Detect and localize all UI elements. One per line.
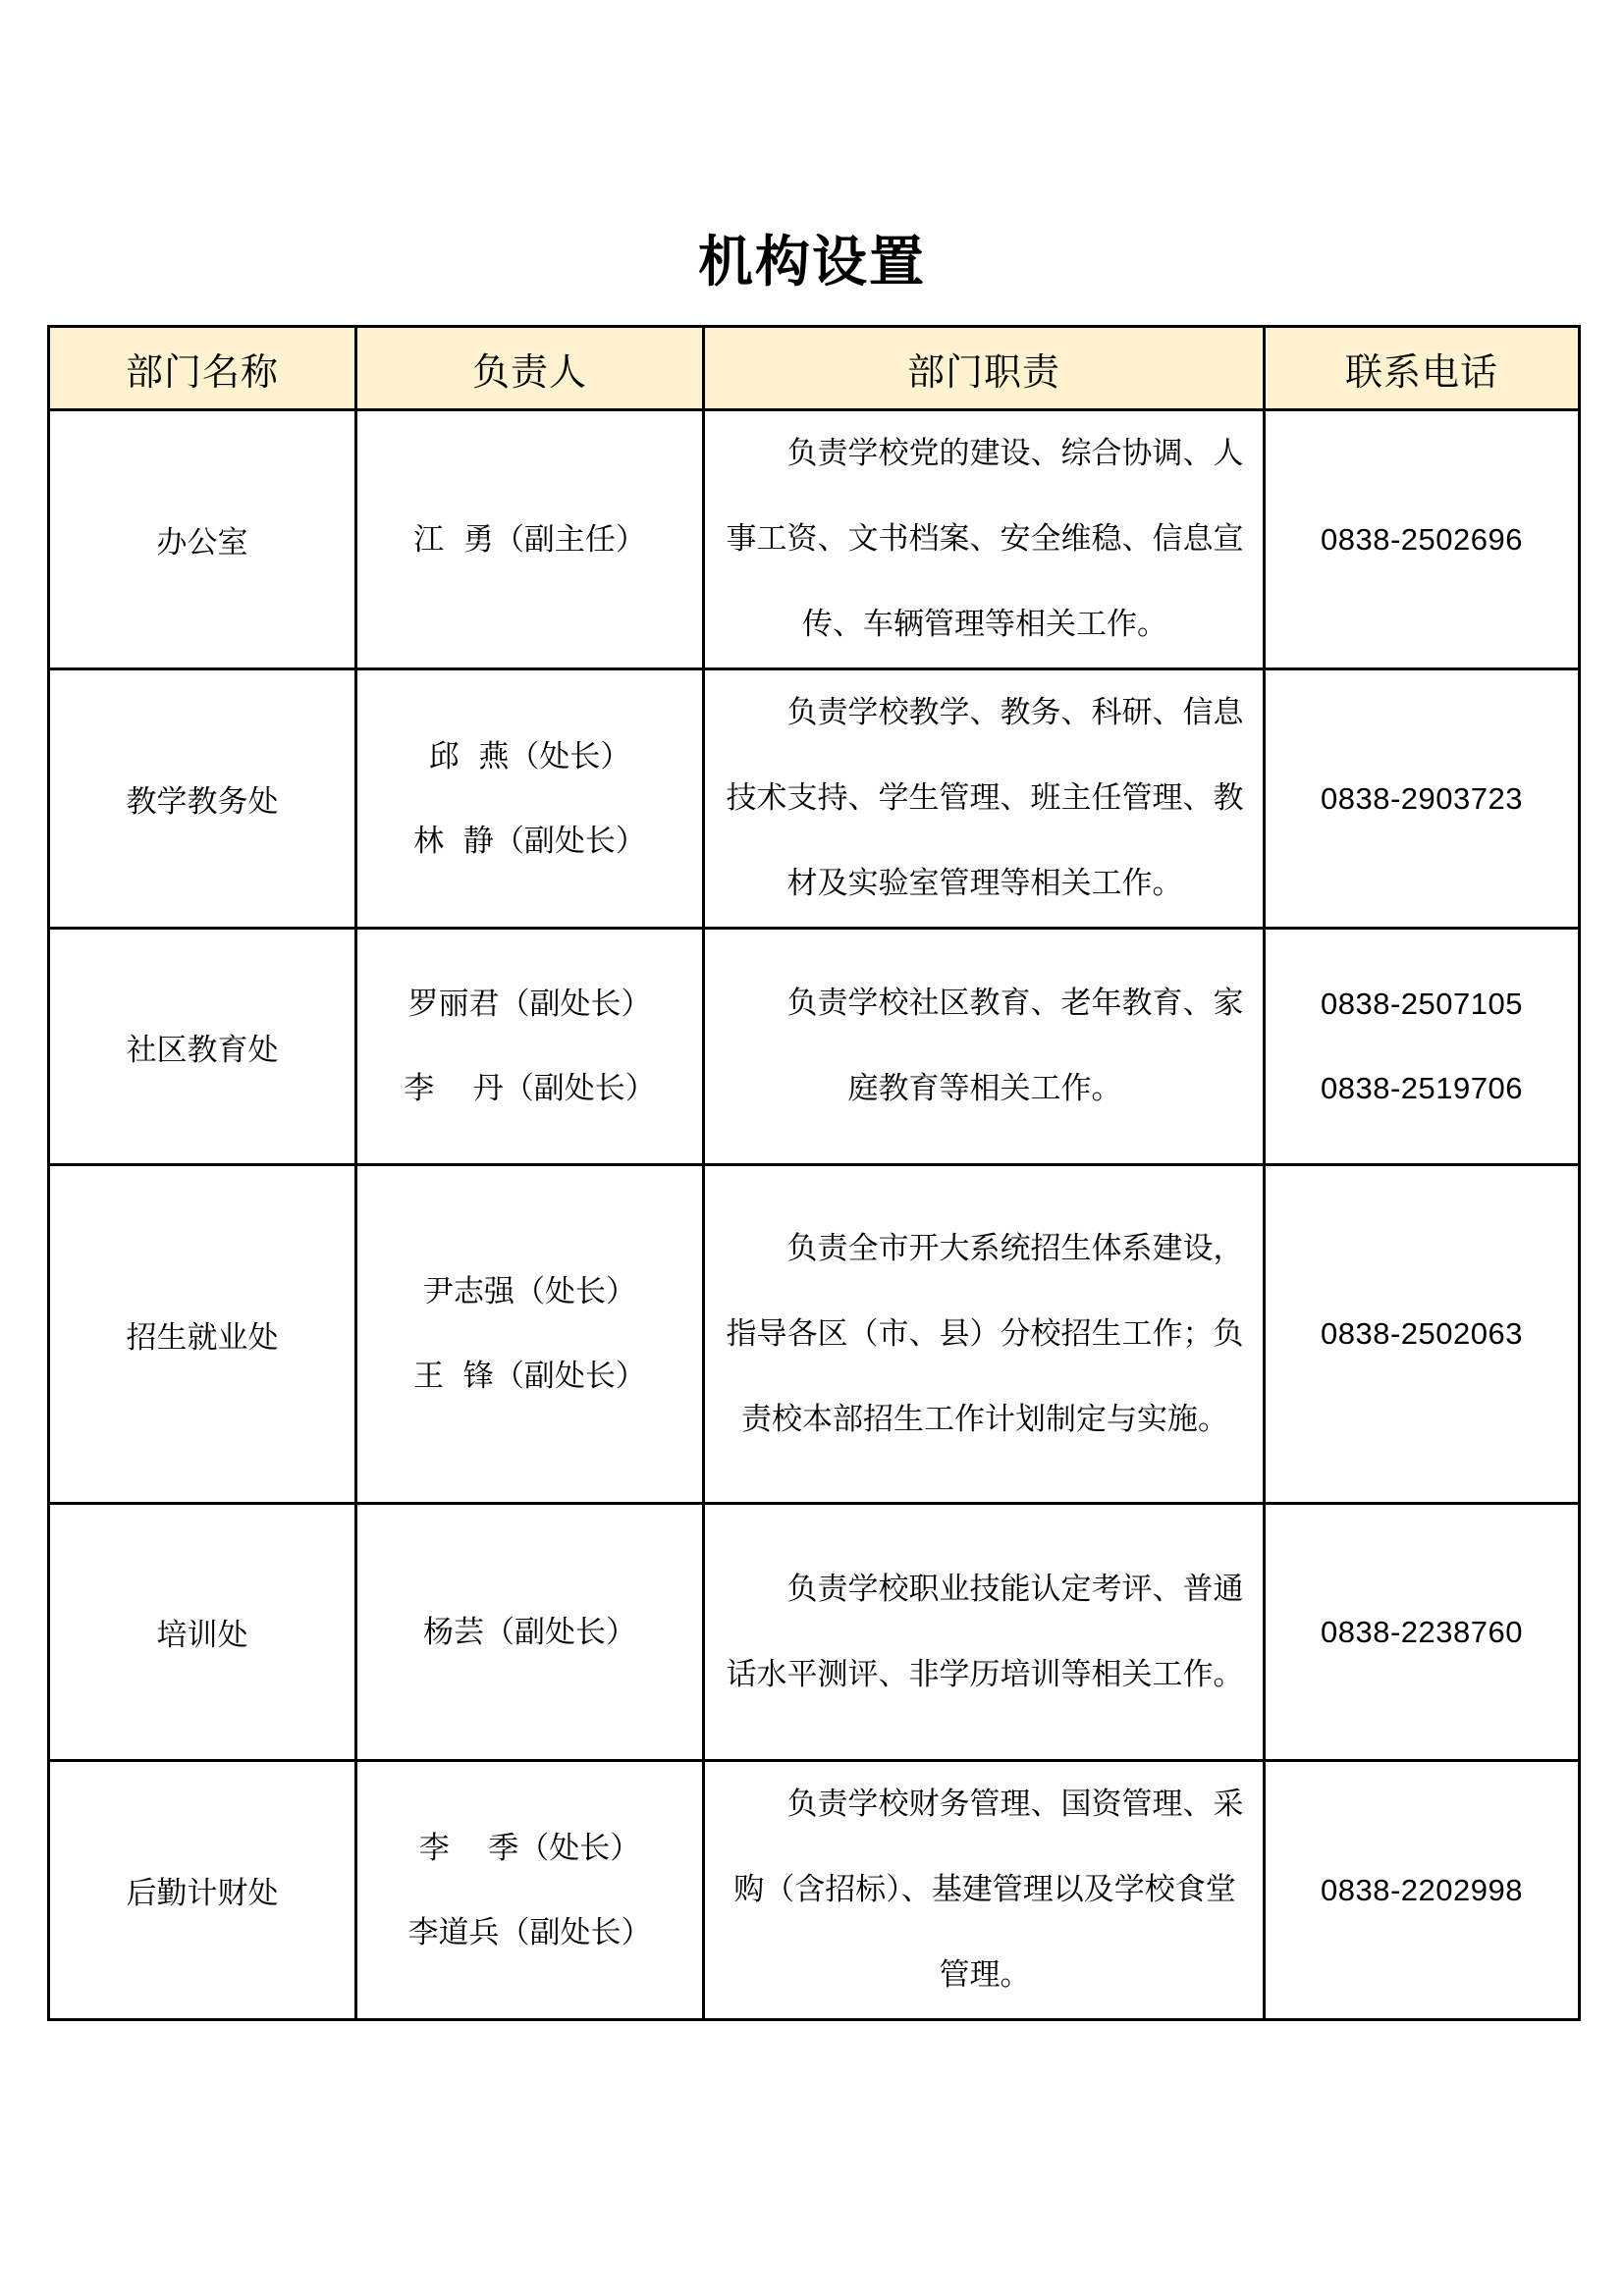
- department-cell: 招生就业处: [49, 1165, 356, 1504]
- department-cell: 办公室: [49, 410, 356, 669]
- department-cell: 后勤计财处: [49, 1761, 356, 2020]
- phone-cell: 0838-2238760: [1265, 1504, 1580, 1761]
- duty-text: 负责学校职业技能认定考评、普通话水平测评、非学历培训等相关工作。: [727, 1572, 1244, 1692]
- head-name: 王 锋（副处长）: [357, 1334, 702, 1418]
- table-row: 招生就业处 尹志强（处长） 王 锋（副处长） 负责全市开大系统招生体系建设，指导…: [49, 1165, 1580, 1504]
- duty-cell: 负责学校党的建设、综合协调、人事工资、文书档案、安全维稳、信息宣传、车辆管理等相…: [704, 410, 1265, 669]
- head-cell: 罗丽君（副处长） 李 丹（副处长）: [356, 929, 704, 1165]
- department-cell: 培训处: [49, 1504, 356, 1761]
- head-name: 李 丹（副处长）: [357, 1046, 702, 1131]
- header-department: 部门名称: [49, 327, 356, 410]
- table-row: 社区教育处 罗丽君（副处长） 李 丹（副处长） 负责学校社区教育、老年教育、家庭…: [49, 929, 1580, 1165]
- phone-number: 0838-2507105: [1266, 962, 1578, 1046]
- phone-number: 0838-2202998: [1266, 1848, 1578, 1933]
- head-name: 杨芸（副处长）: [357, 1590, 702, 1675]
- table-row: 办公室 江 勇（副主任） 负责学校党的建设、综合协调、人事工资、文书档案、安全维…: [49, 410, 1580, 669]
- phone-cell: 0838-2507105 0838-2519706: [1265, 929, 1580, 1165]
- phone-cell: 0838-2502696: [1265, 410, 1580, 669]
- head-name: 林 静（副处长）: [357, 799, 702, 883]
- duty-text: 负责学校教学、教务、科研、信息技术支持、学生管理、班主任管理、教材及实验室管理等…: [727, 695, 1244, 901]
- head-cell: 杨芸（副处长）: [356, 1504, 704, 1761]
- department-cell: 社区教育处: [49, 929, 356, 1165]
- header-duty: 部门职责: [704, 327, 1265, 410]
- duty-cell: 负责学校职业技能认定考评、普通话水平测评、非学历培训等相关工作。: [704, 1504, 1265, 1761]
- head-name: 罗丽君（副处长）: [357, 962, 702, 1046]
- header-head: 负责人: [356, 327, 704, 410]
- duty-cell: 负责学校教学、教务、科研、信息技术支持、学生管理、班主任管理、教材及实验室管理等…: [704, 669, 1265, 929]
- table-row: 教学教务处 邱 燕（处长） 林 静（副处长） 负责学校教学、教务、科研、信息技术…: [49, 669, 1580, 929]
- table-row: 后勤计财处 李 季（处长） 李道兵（副处长） 负责学校财务管理、国资管理、采购（…: [49, 1761, 1580, 2020]
- duty-text: 负责学校社区教育、老年教育、家庭教育等相关工作。: [787, 986, 1244, 1106]
- phone-cell: 0838-2202998: [1265, 1761, 1580, 2020]
- duty-text: 负责学校财务管理、国资管理、采购（含招标）、基建管理以及学校食堂管理。: [733, 1787, 1243, 1993]
- duty-cell: 负责全市开大系统招生体系建设，指导各区（市、县）分校招生工作；负责校本部招生工作…: [704, 1165, 1265, 1504]
- duty-text: 负责学校党的建设、综合协调、人事工资、文书档案、安全维稳、信息宣传、车辆管理等相…: [727, 436, 1244, 642]
- head-name: 李道兵（副处长）: [357, 1891, 702, 1975]
- head-name: 江 勇（副主任）: [357, 498, 702, 582]
- header-phone: 联系电话: [1265, 327, 1580, 410]
- phone-number: 0838-2238760: [1266, 1590, 1578, 1675]
- phone-number: 0838-2903723: [1266, 757, 1578, 841]
- department-cell: 教学教务处: [49, 669, 356, 929]
- organization-table: 部门名称 负责人 部门职责 联系电话 办公室 江 勇（副主任） 负责学校党的建设…: [47, 325, 1581, 2021]
- head-cell: 李 季（处长） 李道兵（副处长）: [356, 1761, 704, 2020]
- phone-cell: 0838-2502063: [1265, 1165, 1580, 1504]
- head-name: 尹志强（处长）: [357, 1250, 702, 1334]
- duty-cell: 负责学校财务管理、国资管理、采购（含招标）、基建管理以及学校食堂管理。: [704, 1761, 1265, 2020]
- table-header-row: 部门名称 负责人 部门职责 联系电话: [49, 327, 1580, 410]
- duty-cell: 负责学校社区教育、老年教育、家庭教育等相关工作。: [704, 929, 1265, 1165]
- duty-text: 负责全市开大系统招生体系建设，指导各区（市、县）分校招生工作；负责校本部招生工作…: [727, 1231, 1244, 1437]
- phone-number: 0838-2519706: [1266, 1046, 1578, 1131]
- head-cell: 邱 燕（处长） 林 静（副处长）: [356, 669, 704, 929]
- page-title: 机构设置: [0, 228, 1624, 296]
- head-cell: 江 勇（副主任）: [356, 410, 704, 669]
- phone-number: 0838-2502063: [1266, 1292, 1578, 1376]
- head-name: 李 季（处长）: [357, 1806, 702, 1891]
- phone-cell: 0838-2903723: [1265, 669, 1580, 929]
- phone-number: 0838-2502696: [1266, 498, 1578, 582]
- head-cell: 尹志强（处长） 王 锋（副处长）: [356, 1165, 704, 1504]
- head-name: 邱 燕（处长）: [357, 715, 702, 799]
- table-row: 培训处 杨芸（副处长） 负责学校职业技能认定考评、普通话水平测评、非学历培训等相…: [49, 1504, 1580, 1761]
